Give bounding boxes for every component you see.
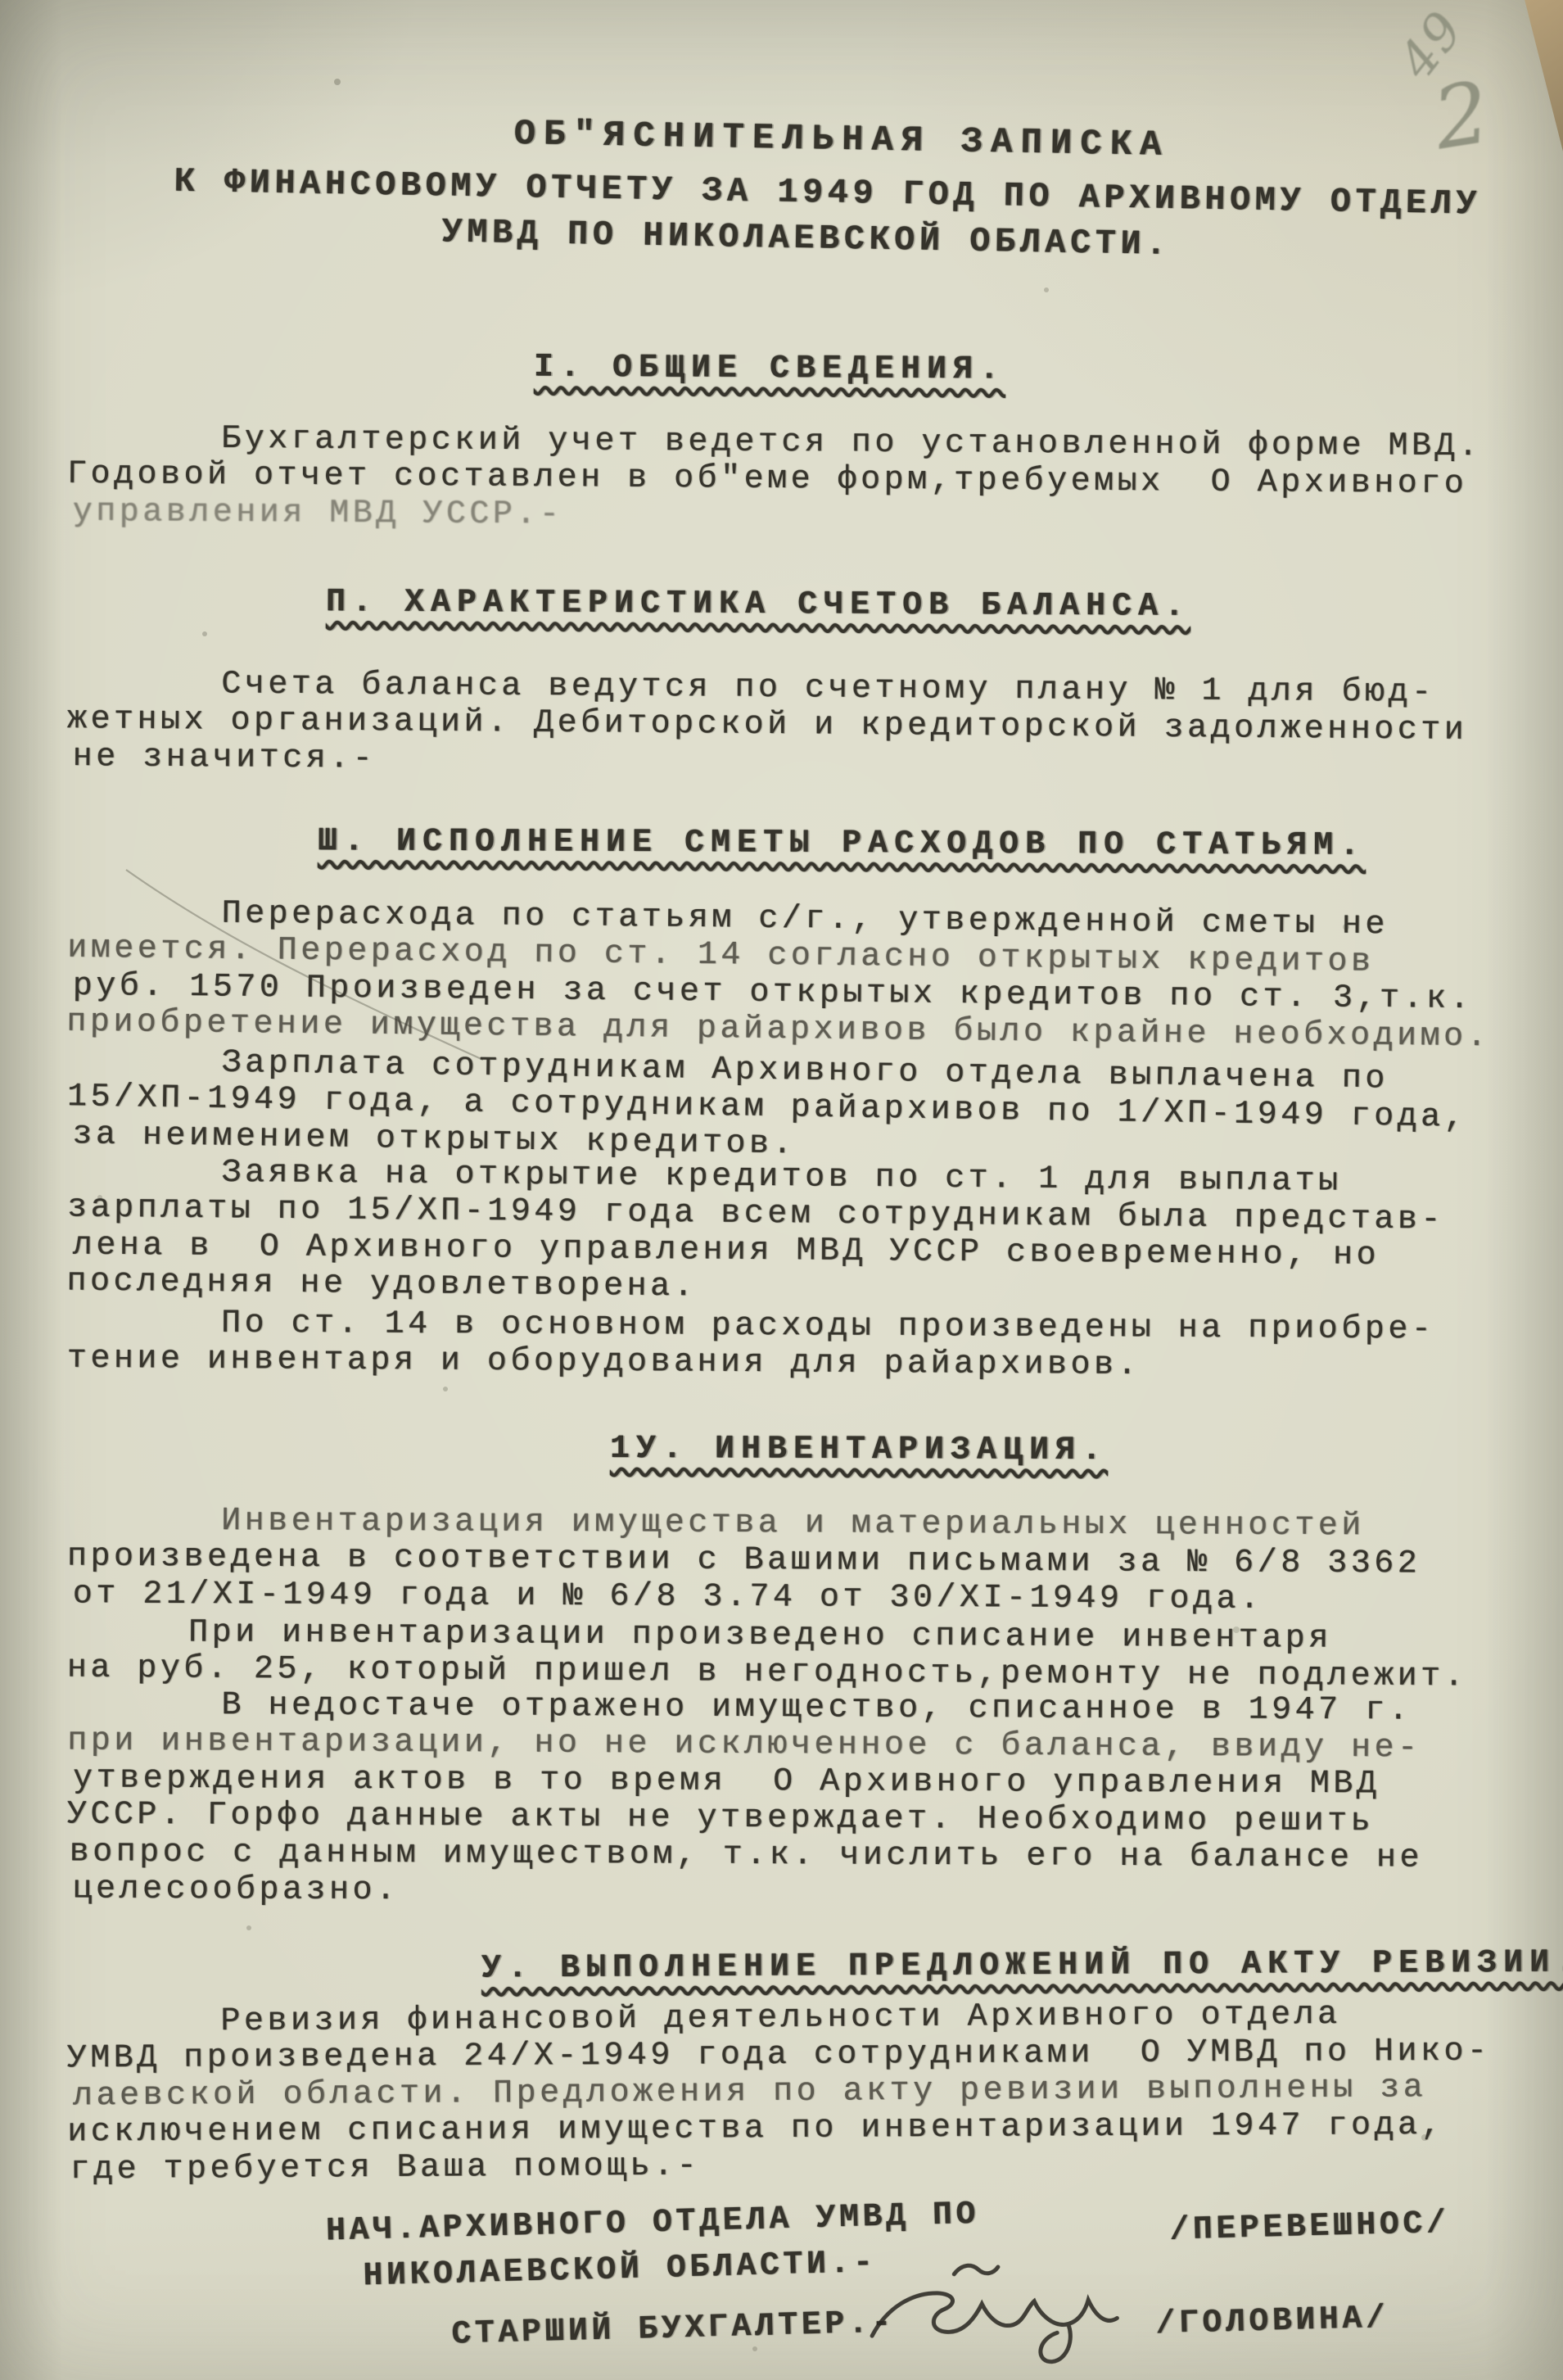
- paragraph: Инвентаризация имущества и материальных …: [70, 1502, 1424, 1618]
- text-line: В недостаче отражено имущество, списанно…: [70, 1686, 1423, 1729]
- text-line: УССР. Горфо данные акты не утверждает. Н…: [67, 1797, 1421, 1841]
- paragraph: Зарплата сотрудникам Архивного отдела вы…: [69, 1043, 1470, 1173]
- text-line: вопрос с данным имуществом, т.к. числить…: [70, 1834, 1423, 1876]
- paragraph: Счета баланса ведутся по счетному плану …: [70, 665, 1470, 785]
- chief-title-line2: НИКОЛАЕВСКОЙ ОБЛАСТИ.-: [363, 2245, 877, 2295]
- chief-title-line1: НАЧ.АРХИВНОГО ОТДЕЛА УМВД ПО: [326, 2197, 980, 2251]
- section-heading-audit-act: У. ВЫПОЛНЕНИЕ ПРЕДЛОЖЕНИЙ ПО АКТУ РЕВИЗИ…: [481, 1944, 1563, 1987]
- text-line: от 21/XI-1949 года и № 6/8 3.74 от 30/XI…: [73, 1576, 1426, 1618]
- paragraph: Ревизия финансовой деятельности Архивног…: [69, 1996, 1493, 2189]
- text-line: при инвентаризации, но не исключенное с …: [67, 1723, 1421, 1767]
- section-heading-budget-execution: Ш. ИСПОЛНЕНИЕ СМЕТЫ РАСХОДОВ ПО СТАТЬЯМ.: [318, 823, 1366, 865]
- handwritten-signature-icon: [856, 2247, 1141, 2380]
- document-subtitle-line2: УМВД ПО НИКОЛАЕВСКОЙ ОБЛАСТИ.: [441, 212, 1171, 265]
- paragraph: По ст. 14 в основном расходы произведены…: [70, 1305, 1435, 1386]
- scan-backing-corner: [1520, 0, 1563, 152]
- bookkeeper-name: /ГОЛОВИНА/: [1155, 2301, 1389, 2343]
- paragraph: Бухгалтерский учет ведется по установлен…: [70, 420, 1482, 540]
- text-line: произведена в соответствии с Вашими пись…: [67, 1539, 1421, 1583]
- chief-name: /ПЕРЕВЕШНОС/: [1169, 2206, 1450, 2250]
- bookkeeper-title: СТАРШИЙ БУХГАЛТЕР.-: [451, 2305, 896, 2353]
- pencil-page-number: 2: [1427, 62, 1496, 170]
- paragraph: Перерасхода по статьям с/г., утвержденно…: [69, 894, 1493, 1056]
- signature-block: НАЧ.АРХИВНОГО ОТДЕЛА УМВД ПО НИКОЛАЕВСКО…: [0, 0, 1504, 10]
- section-heading-inventory: 1У. ИНВЕНТАРИЗАЦИЯ.: [610, 1431, 1108, 1469]
- paragraph: В недостаче отражено имущество, списанно…: [69, 1686, 1423, 1913]
- ink-specks: [0, 0, 3, 3]
- paragraph: Заявка на открытие кредитов по ст. 1 для…: [69, 1153, 1447, 1311]
- text-line: утверждения актов в то время О Архивного…: [73, 1760, 1426, 1803]
- section-heading-general-info: I. ОБЩИЕ СВЕДЕНИЯ.: [534, 349, 1005, 388]
- text-line: Инвентаризация имущества и материальных …: [70, 1502, 1423, 1545]
- text-line: управления МВД УССР.-: [73, 494, 1484, 540]
- text-line: исключением списания имущества по инвент…: [67, 2107, 1491, 2152]
- paragraph: При инвентаризации произведено списание …: [70, 1614, 1470, 1695]
- section-heading-balance-accounts: П. ХАРАКТЕРИСТИКА СЧЕТОВ БАЛАНСА.: [326, 584, 1190, 626]
- scanned-document-page: 49 2 ОБ"ЯСНИТЕЛЬНАЯ ЗАПИСКА К ФИНАНСОВОМ…: [0, 0, 1563, 2380]
- document-subtitle-line1: К ФИНАНСОВОМУ ОТЧЕТУ ЗА 1949 ГОД ПО АРХИ…: [174, 162, 1481, 224]
- document-header: ОБ"ЯСНИТЕЛЬНАЯ ЗАПИСКА К ФИНАНСОВОМУ ОТЧ…: [2, 0, 1563, 25]
- text-line: тение инвентаря и оборудования для райар…: [67, 1341, 1432, 1386]
- document-title: ОБ"ЯСНИТЕЛЬНАЯ ЗАПИСКА: [513, 114, 1170, 166]
- text-line: целесообразно.: [72, 1871, 1425, 1913]
